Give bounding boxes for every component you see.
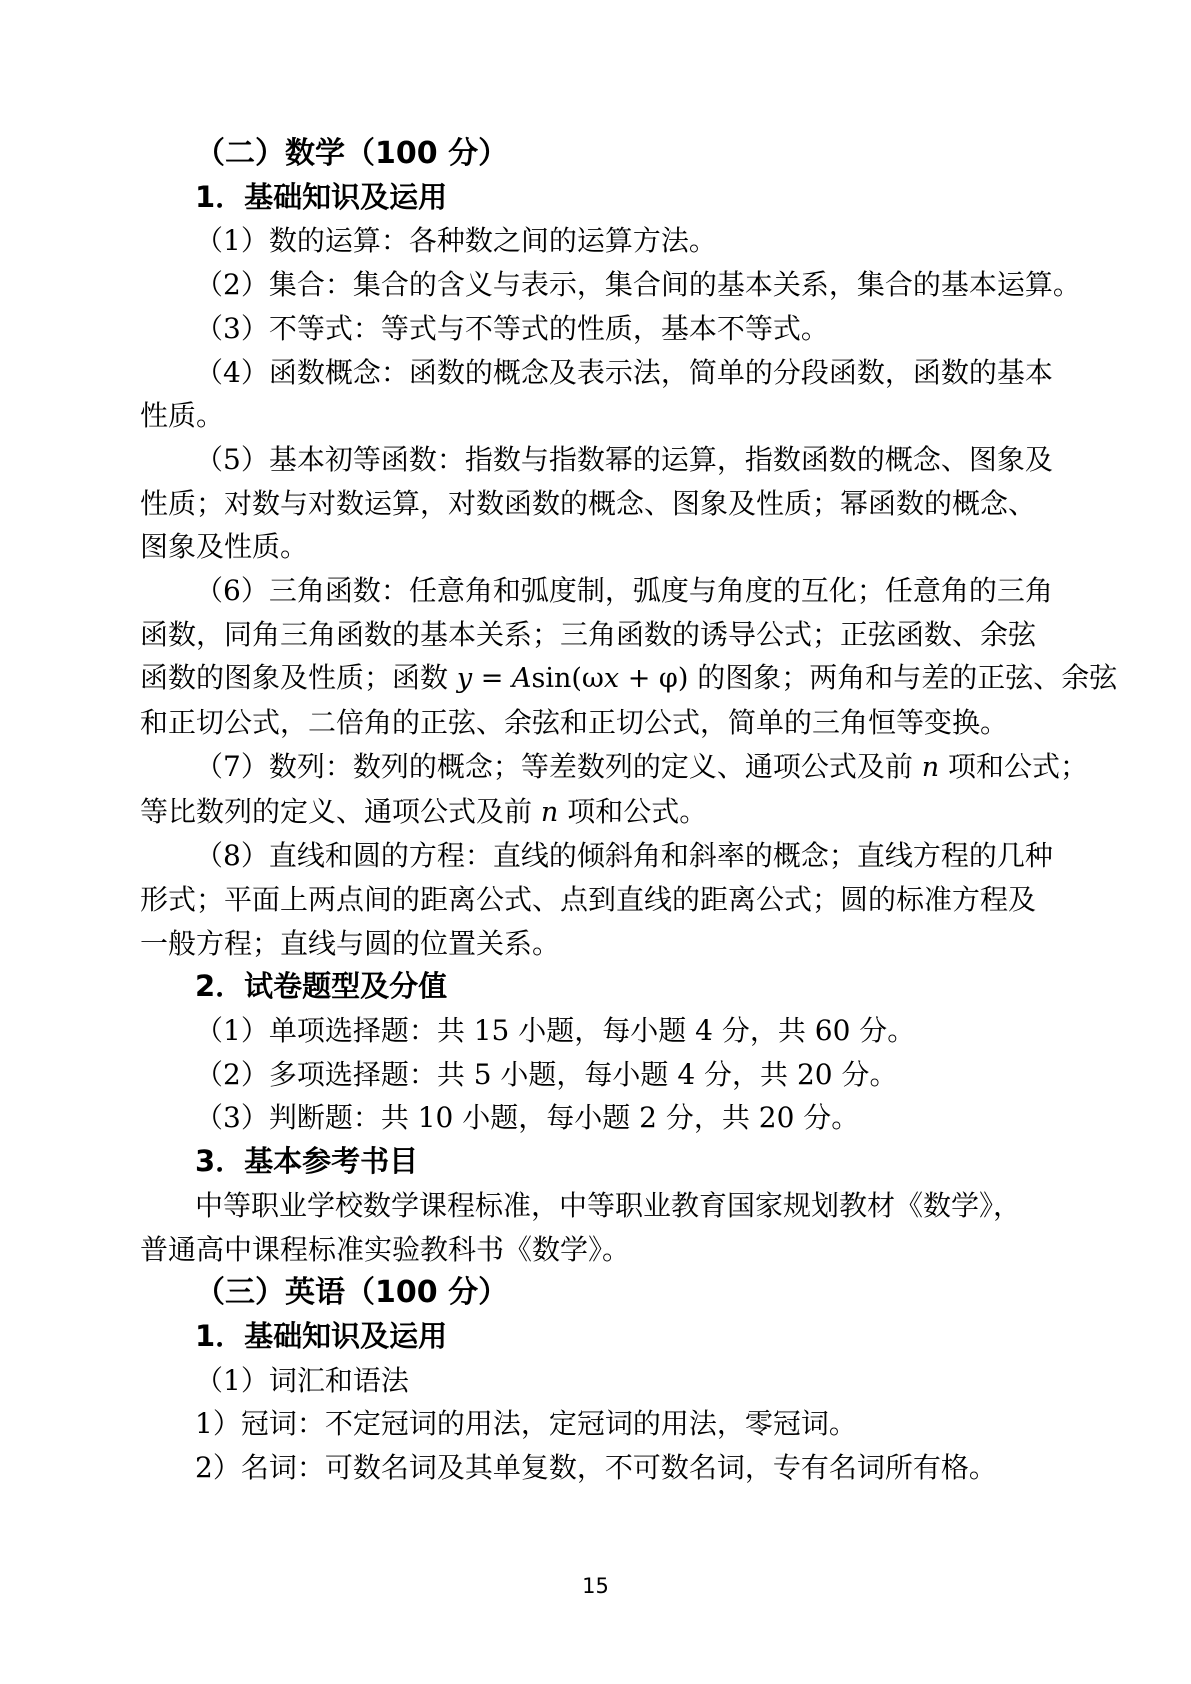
text-line: （5）基本初等函数：指数与指数幂的运算，指数函数的概念、图象及 — [140, 438, 1065, 482]
text-segment: 项和公式； — [939, 750, 1088, 783]
subsection-heading: 1．基础知识及运用 — [140, 1315, 1065, 1359]
text-segment: 1．基础知识及运用 — [195, 1319, 447, 1353]
section-heading-english: （三）英语（100 分） — [140, 1271, 1065, 1315]
text-segment: （三）英语（100 分） — [195, 1275, 508, 1310]
text-segment: （2）集合：集合的含义与表示，集合间的基本关系，集合的基本运算。 — [195, 268, 1081, 301]
text-segment: 函数的图象及性质；函数 — [140, 661, 457, 694]
text-segment: 和正切公式，二倍角的正弦、余弦和正切公式，简单的三角恒等变换。 — [140, 706, 1008, 739]
text-segment: 性质。 — [140, 399, 224, 432]
text-line: 普通高中课程标准实验教科书《数学》。 — [140, 1228, 1065, 1272]
text-segment: （3）不等式：等式与不等式的性质，基本不等式。 — [195, 312, 829, 345]
text-line: 性质；对数与对数运算，对数函数的概念、图象及性质；幂函数的概念、 — [140, 482, 1065, 526]
text-segment: 1．基础知识及运用 — [195, 180, 447, 214]
text-segment: 性质；对数与对数运算，对数函数的概念、图象及性质；幂函数的概念、 — [140, 487, 1036, 520]
text-segment: （3）判断题：共 10 小题，每小题 2 分，共 20 分。 — [195, 1101, 859, 1134]
math-segment: A — [512, 663, 532, 694]
text-line: 2）名词：可数名词及其单复数，不可数名词，专有名词所有格。 — [140, 1446, 1065, 1490]
subsection-heading: 3．基本参考书目 — [140, 1140, 1065, 1184]
text-line: 函数的图象及性质；函数 y = Asin(ωx + φ) 的图象；两角和与差的正… — [140, 656, 1065, 701]
text-segment: 形式；平面上两点间的距离公式、点到直线的距离公式；圆的标准方程及 — [140, 883, 1036, 916]
text-segment: （1）单项选择题：共 15 小题，每小题 4 分，共 60 分。 — [195, 1014, 915, 1047]
text-line: 形式；平面上两点间的距离公式、点到直线的距离公式；圆的标准方程及 — [140, 878, 1065, 922]
text-line: 等比数列的定义、通项公式及前 n 项和公式。 — [140, 790, 1065, 835]
text-segment: （5）基本初等函数：指数与指数幂的运算，指数函数的概念、图象及 — [195, 443, 1053, 476]
math-segment: = — [472, 663, 512, 694]
math-segment: n — [541, 797, 558, 828]
text-line: 图象及性质。 — [140, 525, 1065, 569]
text-segment: 函数，同角三角函数的基本关系；三角函数的诱导公式；正弦函数、余弦 — [140, 618, 1036, 651]
section-heading-math: （二）数学（100 分） — [140, 132, 1065, 176]
text-line: （8）直线和圆的方程：直线的倾斜角和斜率的概念；直线方程的几种 — [140, 834, 1065, 878]
text-segment: 一般方程；直线与圆的位置关系。 — [140, 927, 560, 960]
text-line: （6）三角函数：任意角和弧度制，弧度与角度的互化；任意角的三角 — [140, 569, 1065, 613]
text-segment: 2．试卷题型及分值 — [195, 969, 447, 1003]
text-segment: （7）数列：数列的概念；等差数列的定义、通项公式及前 — [195, 750, 922, 783]
subsection-heading: 2．试卷题型及分值 — [140, 965, 1065, 1009]
text-segment: 图象及性质。 — [140, 530, 308, 563]
math-segment: y — [457, 663, 472, 694]
text-segment: 2）名词：可数名词及其单复数，不可数名词，专有名词所有格。 — [195, 1451, 997, 1484]
text-line: 中等职业学校数学课程标准，中等职业教育国家规划教材《数学》， — [140, 1184, 1065, 1228]
text-line: （7）数列：数列的概念；等差数列的定义、通项公式及前 n 项和公式； — [140, 745, 1065, 790]
text-line: 和正切公式，二倍角的正弦、余弦和正切公式，简单的三角恒等变换。 — [140, 701, 1065, 745]
math-segment: + φ) — [619, 663, 688, 694]
math-segment: x — [604, 663, 619, 694]
text-line: 1）冠词：不定冠词的用法，定冠词的用法，零冠词。 — [140, 1402, 1065, 1446]
math-segment: n — [922, 752, 939, 783]
text-segment: 中等职业学校数学课程标准，中等职业教育国家规划教材《数学》， — [195, 1189, 1021, 1222]
document-page: （二）数学（100 分）1．基础知识及运用（1）数的运算：各种数之间的运算方法。… — [0, 0, 1191, 1684]
text-segment: （1）词汇和语法 — [195, 1364, 409, 1397]
text-line: （3）判断题：共 10 小题，每小题 2 分，共 20 分。 — [140, 1096, 1065, 1140]
text-segment: 普通高中课程标准实验教科书《数学》。 — [140, 1233, 630, 1266]
text-segment: （1）数的运算：各种数之间的运算方法。 — [195, 224, 717, 257]
text-segment: （4）函数概念：函数的概念及表示法，简单的分段函数，函数的基本 — [195, 356, 1053, 389]
text-line: （1）数的运算：各种数之间的运算方法。 — [140, 219, 1065, 263]
text-segment: 等比数列的定义、通项公式及前 — [140, 795, 541, 828]
math-segment: sin(ω — [531, 663, 603, 694]
text-line: 性质。 — [140, 394, 1065, 438]
text-segment: （2）多项选择题：共 5 小题，每小题 4 分，共 20 分。 — [195, 1058, 897, 1091]
text-segment: 的图象；两角和与差的正弦、余弦 — [688, 661, 1117, 694]
text-line: 函数，同角三角函数的基本关系；三角函数的诱导公式；正弦函数、余弦 — [140, 613, 1065, 657]
text-line: （2）集合：集合的含义与表示，集合间的基本关系，集合的基本运算。 — [140, 263, 1065, 307]
text-line: （3）不等式：等式与不等式的性质，基本不等式。 — [140, 307, 1065, 351]
text-line: （2）多项选择题：共 5 小题，每小题 4 分，共 20 分。 — [140, 1053, 1065, 1097]
text-line: （4）函数概念：函数的概念及表示法，简单的分段函数，函数的基本 — [140, 351, 1065, 395]
text-segment: （二）数学（100 分） — [195, 136, 508, 171]
text-segment: （6）三角函数：任意角和弧度制，弧度与角度的互化；任意角的三角 — [195, 574, 1053, 607]
text-segment: 1）冠词：不定冠词的用法，定冠词的用法，零冠词。 — [195, 1407, 857, 1440]
text-line: （1）单项选择题：共 15 小题，每小题 4 分，共 60 分。 — [140, 1009, 1065, 1053]
text-segment: 项和公式。 — [558, 795, 707, 828]
text-segment: 3．基本参考书目 — [195, 1144, 418, 1178]
text-line: （1）词汇和语法 — [140, 1359, 1065, 1403]
text-segment: （8）直线和圆的方程：直线的倾斜角和斜率的概念；直线方程的几种 — [195, 839, 1053, 872]
subsection-heading: 1．基础知识及运用 — [140, 176, 1065, 220]
text-line: 一般方程；直线与圆的位置关系。 — [140, 922, 1065, 966]
page-number: 15 — [0, 1574, 1191, 1598]
document-lines: （二）数学（100 分）1．基础知识及运用（1）数的运算：各种数之间的运算方法。… — [140, 132, 1065, 1490]
